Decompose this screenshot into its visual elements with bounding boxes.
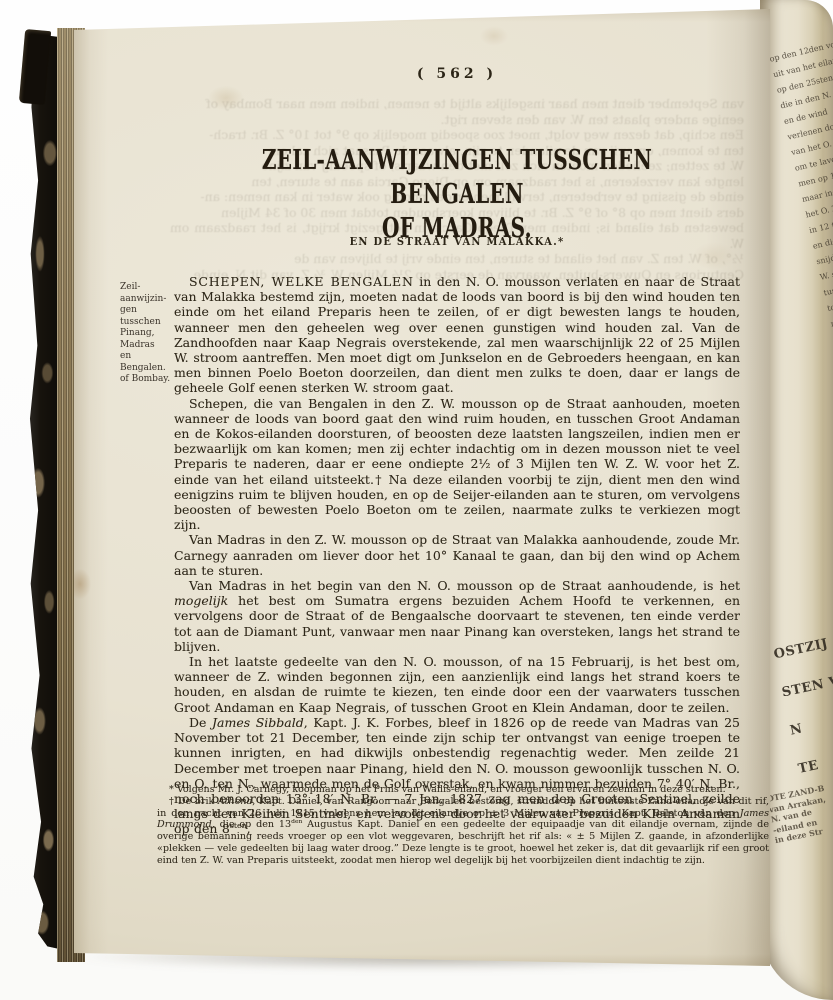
paragraph-4-post: het best om Sumatra ergens bezuiden Ache…	[174, 593, 740, 654]
paragraph-4: Van Madras in het begin van den N. O. mo…	[174, 578, 740, 654]
paragraph-6-pre: De	[189, 715, 212, 730]
footnote-2-pre: † De brik	[169, 796, 218, 807]
facing-page-footnote-text: DTE ZAND-B van Arrakan, N. van de -eilan…	[766, 771, 833, 845]
facing-page: op den 12den vo uit van het eiland op de…	[760, 0, 833, 1000]
footnote-2: † De brik Athena, Kapt. Daniel, van Rang…	[157, 796, 769, 867]
paragraph-1-rest: in den N. O. mousson verlaten en naar de…	[174, 274, 740, 395]
facing-page-heading: OSTZIJ STEN V N TE	[770, 611, 833, 789]
paragraph-1-lead: SCHEPEN, WELKE BENGALEN	[189, 274, 414, 289]
book-photo-scene: op den 12den vo uit van het eiland op de…	[0, 0, 833, 1000]
footnote-1: * Volgens Mr. J. Carnegy, koopman op het…	[157, 784, 769, 796]
paragraph-3: Van Madras in den Z. W. mousson op de St…	[174, 532, 740, 578]
article-title: ZEIL-AANWIJZINGEN TUSSCHEN BENGALEN OF M…	[198, 144, 716, 246]
paragraph-4-pre: Van Madras in het begin van den N. O. mo…	[189, 578, 740, 593]
footnote-2-mid-2: , die op den 13	[212, 819, 291, 830]
footnotes: * Volgens Mr. J. Carnegy, koopman op het…	[157, 784, 769, 867]
book-page: van September dient men haar insgelijks …	[74, 6, 770, 968]
paragraph-2: Schepen, die van Bengalen in den Z. W. m…	[174, 396, 740, 533]
paragraph-1: SCHEPEN, WELKE BENGALEN in den N. O. mou…	[174, 274, 740, 396]
paragraph-6-ship-name: James Sibbald	[212, 715, 304, 730]
margin-note: Zeil-aanwijzin- gen tusschen Pinang, Mad…	[120, 282, 174, 386]
footnote-2-superscript: den	[291, 818, 302, 825]
facing-page-text: op den 12den vo uit van het eiland op de…	[768, 23, 833, 520]
body-text: SCHEPEN, WELKE BENGALEN in den N. O. mou…	[174, 274, 740, 837]
paragraph-4-italic: mogelijk	[174, 593, 228, 608]
page-number: ( 562 )	[174, 66, 740, 82]
footnote-2-ship-name-1: Athena	[218, 796, 252, 807]
article-subtitle: EN DE STRAAT VAN MALAKKA.*	[214, 234, 701, 248]
paragraph-5: In het laatste gedeelte van den N. O. mo…	[174, 654, 740, 715]
